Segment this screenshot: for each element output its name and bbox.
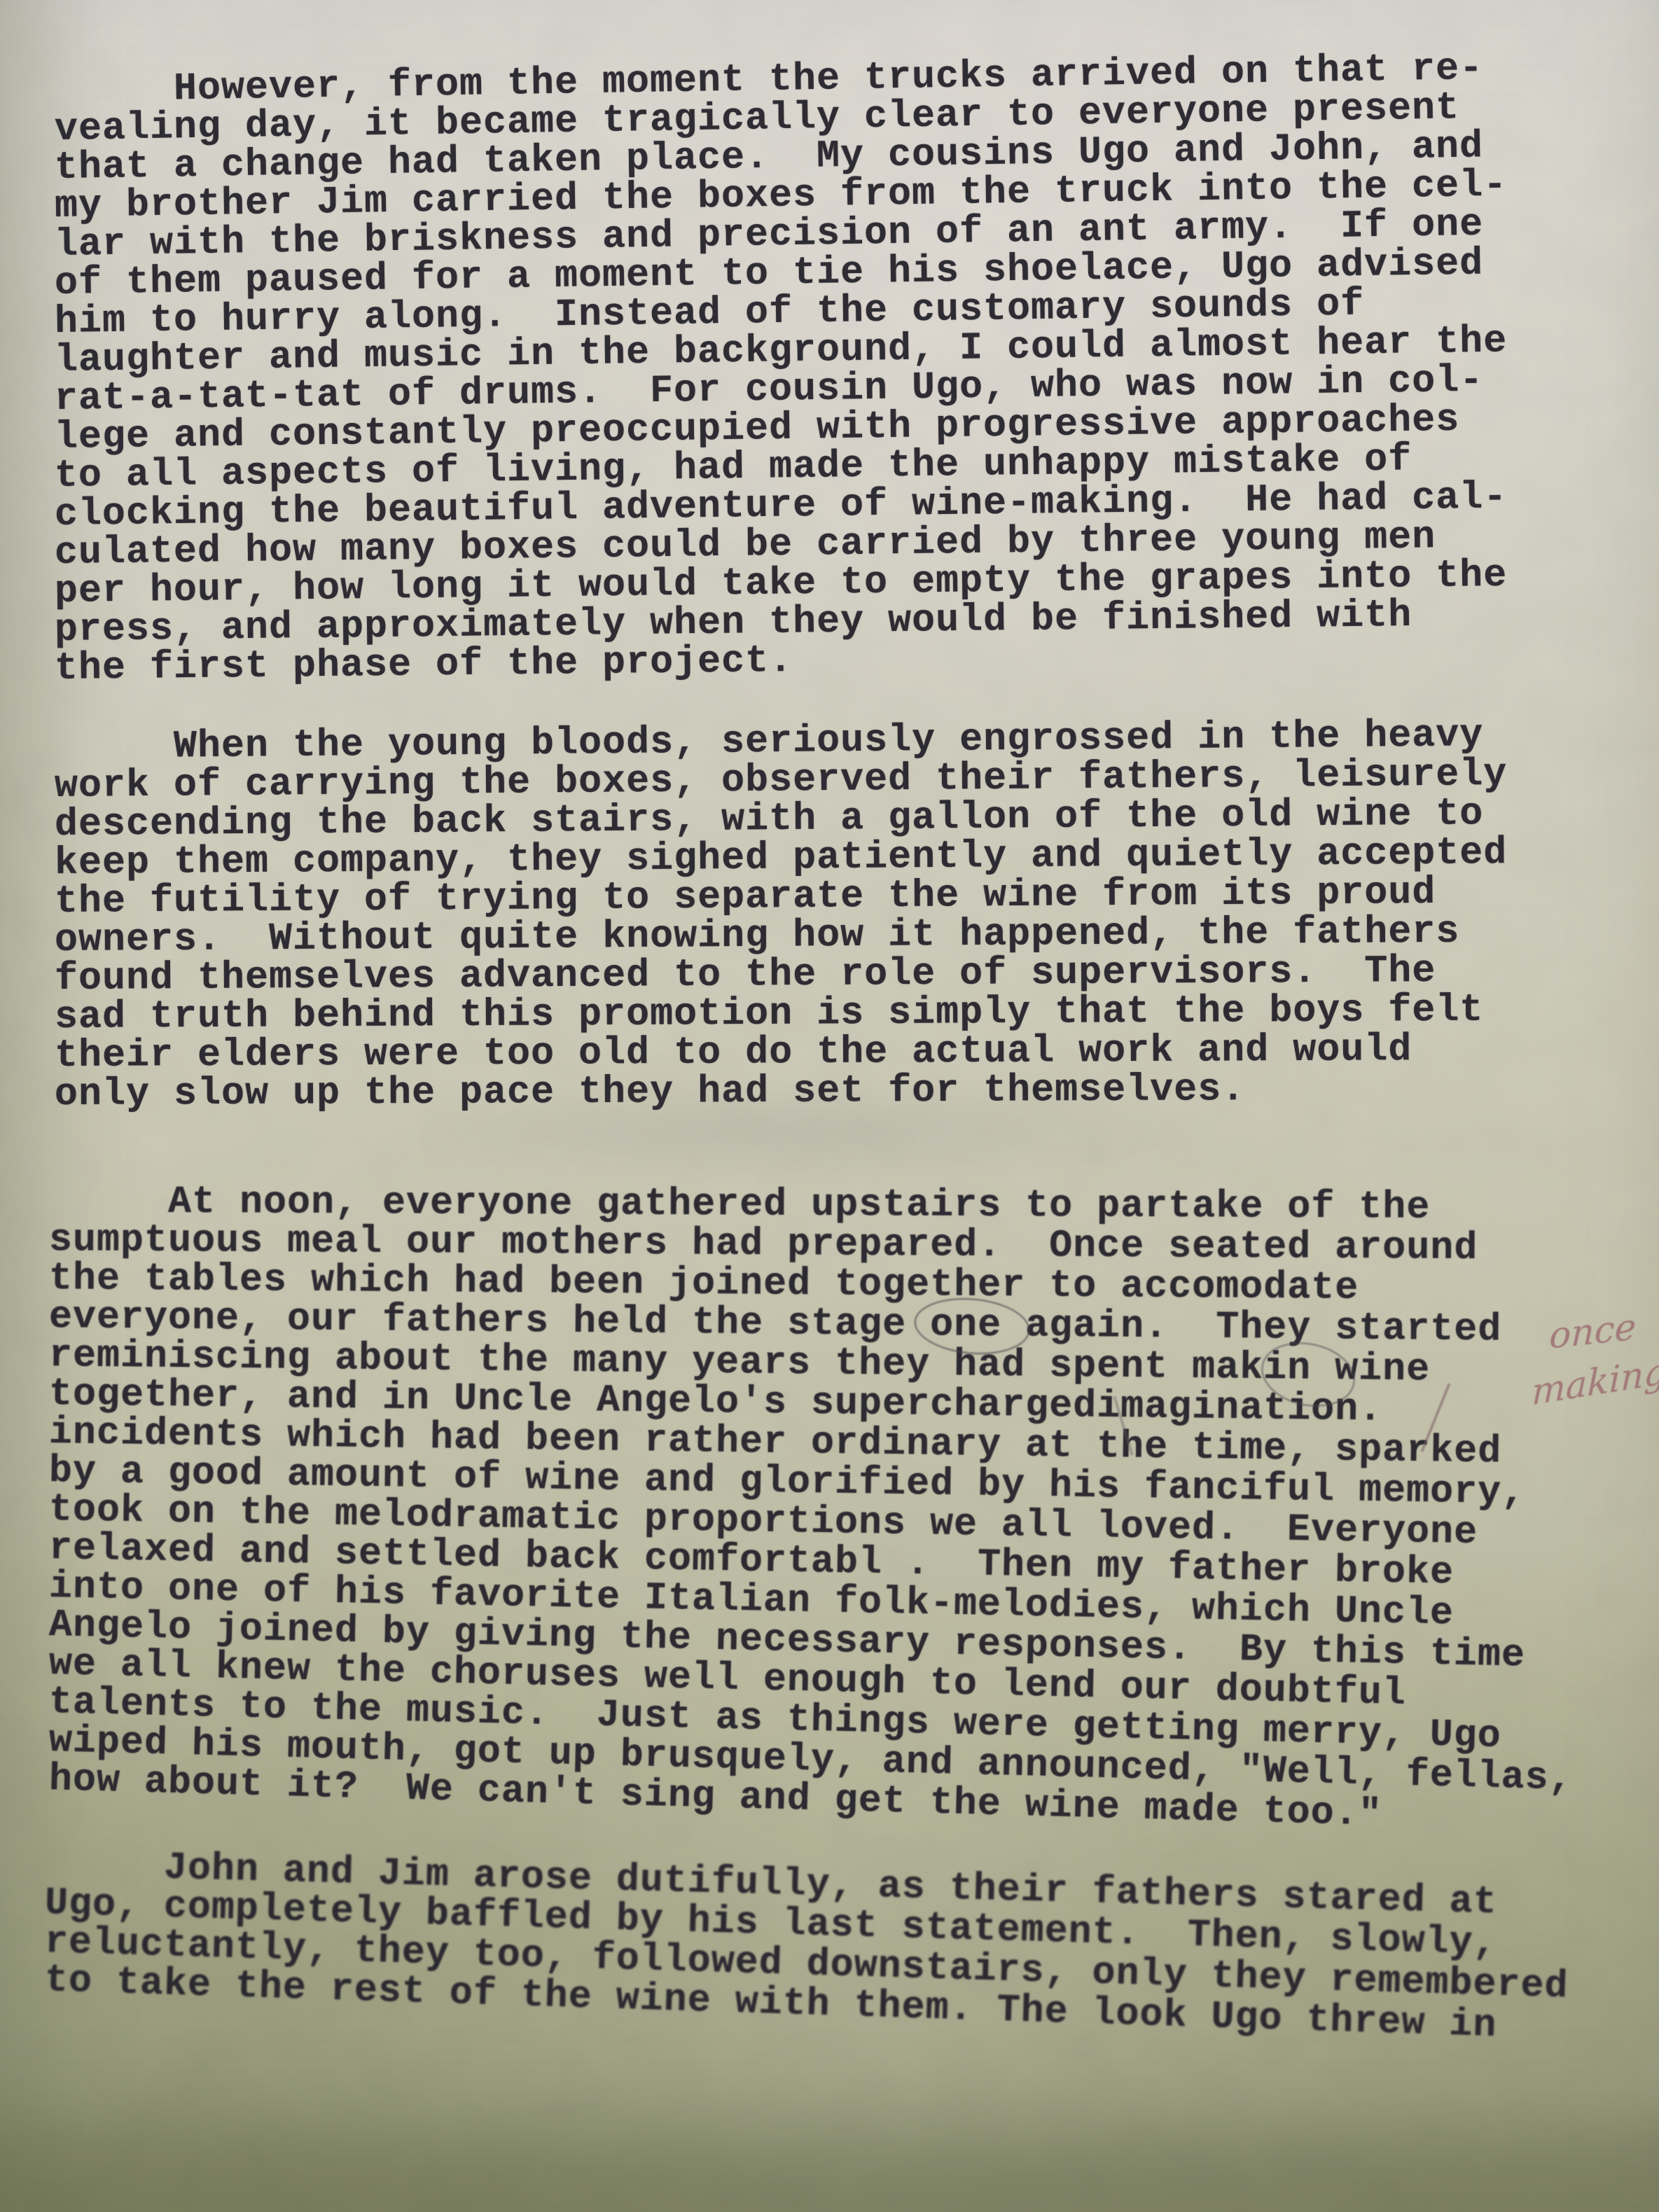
- paragraph-trucks-arrived: However, from the moment the trucks arri…: [55, 71, 1507, 688]
- typewritten-line: their elders were too old to do the actu…: [55, 1030, 1508, 1075]
- paragraph-at-noon: At noon, everyone gathered upstairs to p…: [49, 1182, 1573, 1798]
- document-page: However, from the moment the trucks arri…: [0, 0, 1659, 2212]
- margin-note-once: once: [1548, 1306, 1637, 1358]
- ink-smudge: [420, 1078, 1226, 1183]
- paragraph-john-and-jim: John and Jim arose dutifully, as their f…: [45, 1845, 1569, 1999]
- paragraph-young-bloods: When the young bloods, seriously engross…: [55, 728, 1507, 1113]
